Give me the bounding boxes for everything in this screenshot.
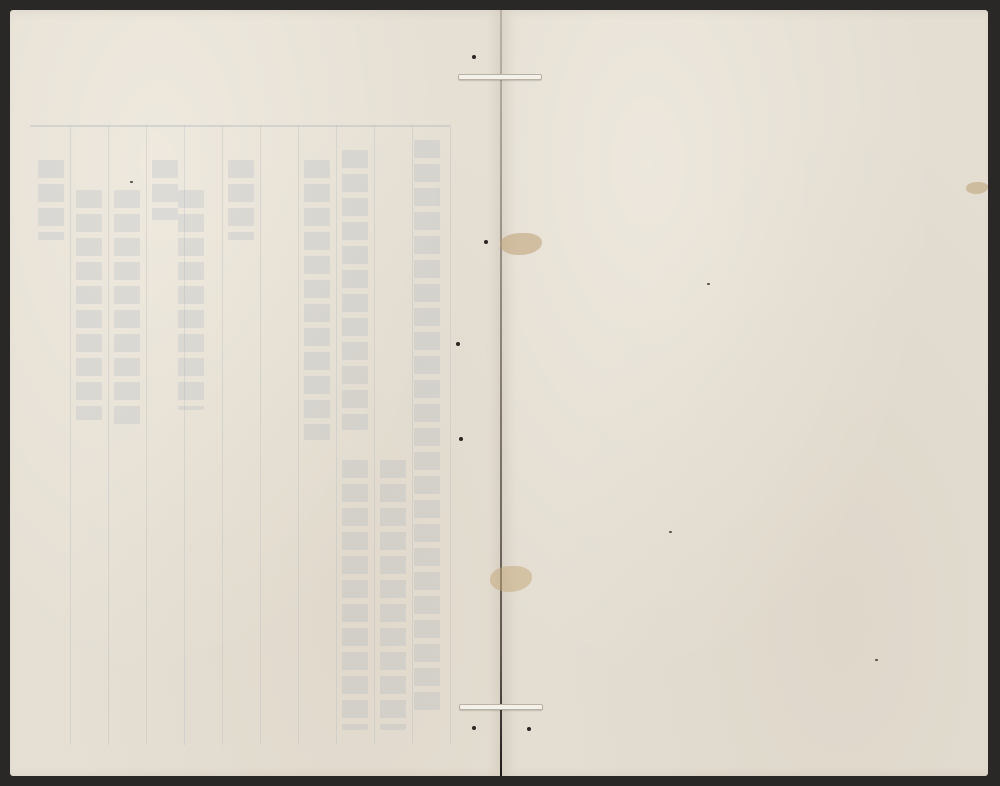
column-rule: [70, 125, 71, 745]
bleed-through-text: [114, 190, 140, 430]
paper-speck: [707, 283, 710, 285]
column-rule: [336, 125, 337, 745]
column-rule: [222, 125, 223, 745]
bleed-through-text: [304, 160, 330, 440]
book-spread: [0, 0, 1000, 786]
stitch-hole: [484, 240, 488, 244]
column-rule: [450, 125, 451, 745]
bleed-through-text: [342, 150, 368, 430]
stitch-hole: [527, 727, 531, 731]
paper-speck: [130, 181, 133, 183]
column-rule: [108, 125, 109, 745]
column-rule: [374, 125, 375, 745]
bleed-through-text: [152, 160, 178, 220]
column-rule: [260, 125, 261, 745]
column-rule: [146, 125, 147, 745]
stitch-hole: [459, 437, 463, 441]
bleed-through-text: [38, 160, 64, 240]
paper-speck: [875, 659, 878, 661]
stitch-hole: [456, 342, 460, 346]
bleed-through-text: [380, 460, 406, 730]
stitch-hole: [472, 726, 476, 730]
binding-thread-bottom: [459, 704, 543, 710]
paper-speck: [669, 531, 672, 533]
column-rule: [412, 125, 413, 745]
bleed-through-text: [228, 160, 254, 240]
stitch-hole: [472, 55, 476, 59]
bleed-through-text: [342, 460, 368, 730]
right-page: [502, 10, 988, 776]
bleed-through-text: [178, 190, 204, 410]
spine-fold: [500, 10, 502, 776]
binding-thread-top: [458, 74, 542, 80]
bleed-through-text: [414, 140, 440, 710]
bleed-through-text: [76, 190, 102, 420]
column-rule: [298, 125, 299, 745]
